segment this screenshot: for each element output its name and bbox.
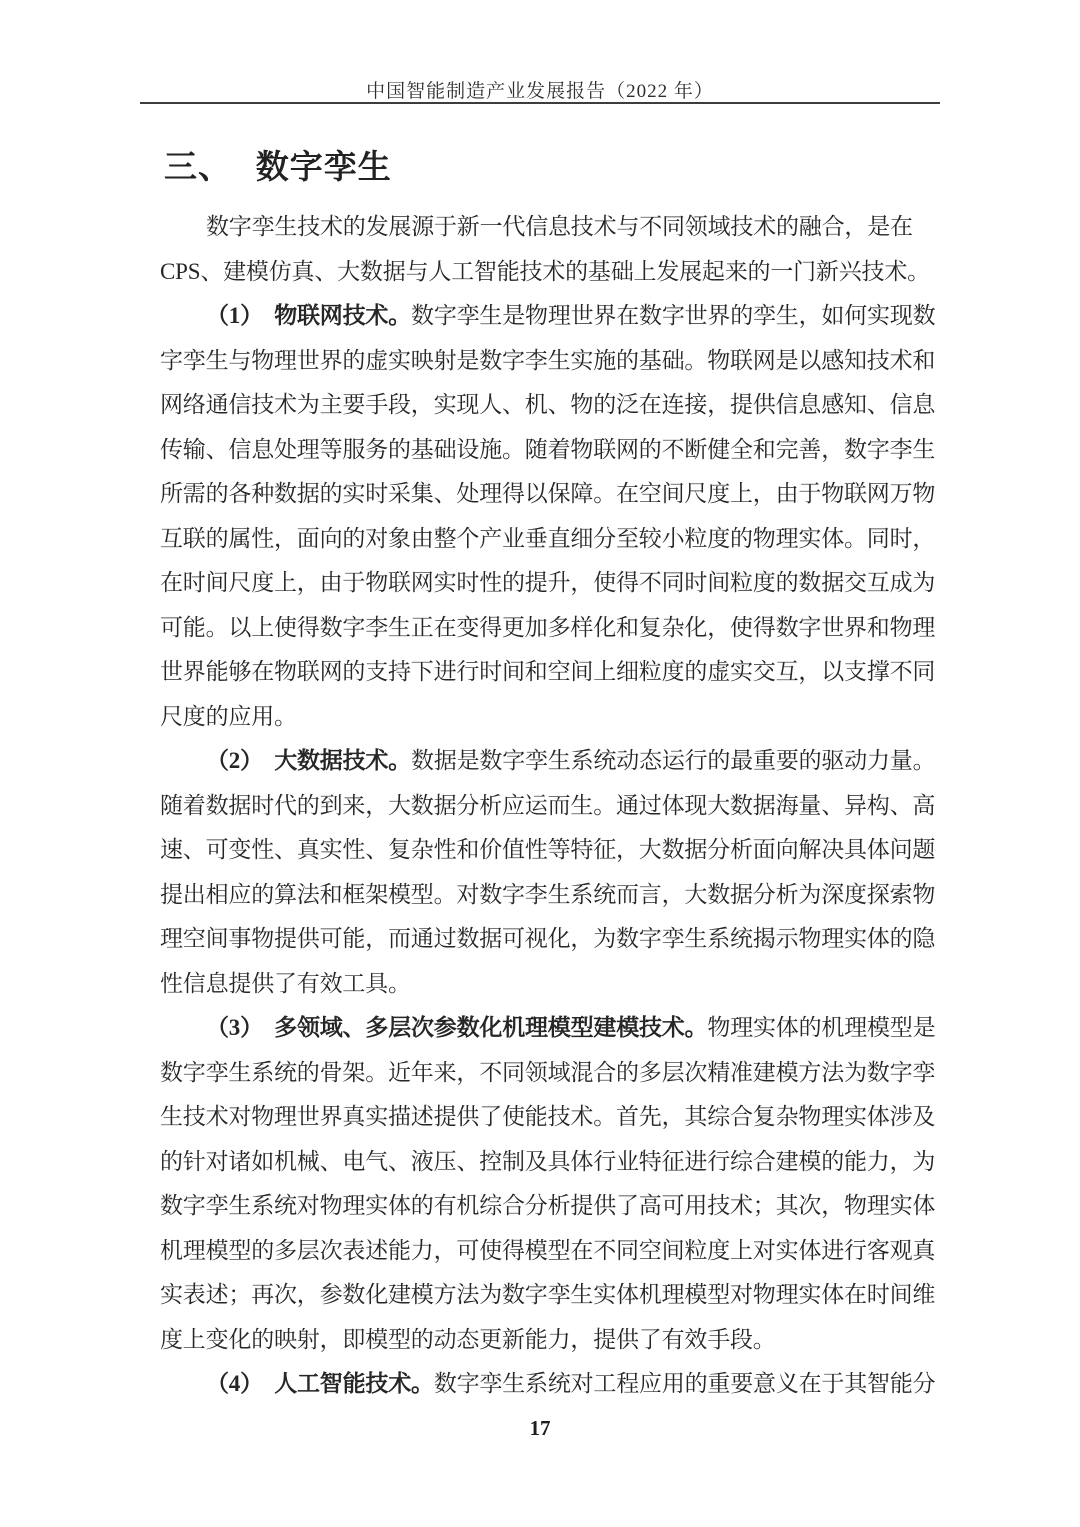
text-line: 性信息提供了有效工具。 — [160, 962, 946, 1007]
text-line: 生技术对物理世界真实描述提供了使能技术。首先，其综合复杂物理实体涉及 — [160, 1095, 946, 1140]
body-text: 数字孪生技术的发展源于新一代信息技术与不同领域技术的融合，是在CPS、建模仿真、… — [160, 205, 946, 1407]
document-page: 中国智能制造产业发展报告（2022 年） 三、数字孪生 数字孪生技术的发展源于新… — [0, 0, 1080, 1527]
text-line: 提出相应的算法和框架模型。对数字李生系统而言，大数据分析为深度探索物 — [160, 873, 946, 918]
text-line: 速、可变性、真实性、复杂性和价值性等特征，大数据分析面向解决具体问题 — [160, 828, 946, 873]
text-line: 可能。以上使得数字李生正在变得更加多样化和复杂化，使得数字世界和物理 — [160, 606, 946, 651]
text-line: 网络通信技术为主要手段，实现人、机、物的泛在连接，提供信息感知、信息 — [160, 383, 946, 428]
text-segment: 数据是数字孪生系统动态运行的最重要的驱动力量。 — [411, 748, 935, 773]
text-line: 所需的各种数据的实时采集、处理得以保障。在空间尺度上，由于物联网万物 — [160, 472, 946, 517]
text-segment: 在时间尺度上，由于物联网实时性的提升，使得不同时间粒度的数据交互成为 — [160, 570, 935, 595]
text-segment: 机理模型的多层次表述能力，可使得模型在不同空间粒度上对实体进行客观真 — [160, 1238, 935, 1263]
text-line: 互联的属性，面向的对象由整个产业垂直细分至较小粒度的物理实体。同时， — [160, 517, 946, 562]
text-line: （2） 大数据技术。数据是数字孪生系统动态运行的最重要的驱动力量。 — [160, 739, 946, 784]
text-line: 字孪生与物理世界的虚实映射是数字李生实施的基础。物联网是以感知技术和 — [160, 339, 946, 384]
text-line: CPS、建模仿真、大数据与人工智能技术的基础上发展起来的一门新兴技术。 — [160, 250, 946, 295]
text-line: 随着数据时代的到来，大数据分析应运而生。通过体现大数据海量、异构、高 — [160, 784, 946, 829]
text-segment: 度上变化的映射，即模型的动态更新能力，提供了有效手段。 — [160, 1327, 776, 1352]
text-line: （3） 多领域、多层次参数化机理模型建模技术。物理实体的机理模型是 — [160, 1006, 946, 1051]
text-segment: 互联的属性，面向的对象由整个产业垂直细分至较小粒度的物理实体。同时， — [160, 526, 935, 551]
paragraph-lead: （3） 多领域、多层次参数化机理模型建模技术。 — [206, 1015, 707, 1040]
text-line: 传输、信息处理等服务的基础设施。随着物联网的不断健全和完善，数字李生 — [160, 428, 946, 473]
running-header-title: 中国智能制造产业发展报告（2022 年） — [0, 76, 1080, 103]
text-segment: 网络通信技术为主要手段，实现人、机、物的泛在连接，提供信息感知、信息 — [160, 392, 935, 417]
text-segment: 数字孪生系统的骨架。近年来，不同领域混合的多层次精准建模方法为数字孪 — [160, 1060, 935, 1085]
text-line: （4） 人工智能技术。数字孪生系统对工程应用的重要意义在于其智能分 — [160, 1362, 946, 1407]
text-segment: 理空间事物提供可能，而通过数据可视化，为数字孪生系统揭示物理实体的隐 — [160, 926, 935, 951]
text-line: 机理模型的多层次表述能力，可使得模型在不同空间粒度上对实体进行客观真 — [160, 1229, 946, 1274]
text-segment: 速、可变性、真实性、复杂性和价值性等特征，大数据分析面向解决具体问题 — [160, 837, 935, 862]
text-segment: 数字孪生技术的发展源于新一代信息技术与不同领域技术的融合，是在 — [206, 214, 913, 239]
text-segment: 随着数据时代的到来，大数据分析应运而生。通过体现大数据海量、异构、高 — [160, 793, 935, 818]
text-segment: 世界能够在物联网的支持下进行时间和空间上细粒度的虚实交互，以支撑不同 — [160, 659, 935, 684]
text-segment: 尺度的应用。 — [160, 704, 297, 729]
text-line: 在时间尺度上，由于物联网实时性的提升，使得不同时间粒度的数据交互成为 — [160, 561, 946, 606]
page-number: 17 — [0, 1416, 1080, 1441]
text-line: 数字孪生系统的骨架。近年来，不同领域混合的多层次精准建模方法为数字孪 — [160, 1051, 946, 1096]
text-segment: 提出相应的算法和框架模型。对数字李生系统而言，大数据分析为深度探索物 — [160, 882, 935, 907]
text-segment: 传输、信息处理等服务的基础设施。随着物联网的不断健全和完善，数字李生 — [160, 437, 935, 462]
paragraph-lead: （2） 大数据技术。 — [206, 748, 411, 773]
text-line: 数字孪生系统对物理实体的有机综合分析提供了高可用技术；其次，物理实体 — [160, 1184, 946, 1229]
text-line: 理空间事物提供可能，而通过数据可视化，为数字孪生系统揭示物理实体的隐 — [160, 917, 946, 962]
section-number: 三、 — [164, 150, 232, 186]
text-segment: 数字孪生系统对物理实体的有机综合分析提供了高可用技术；其次，物理实体 — [160, 1193, 935, 1218]
text-segment: CPS、建模仿真、大数据与人工智能技术的基础上发展起来的一门新兴技术。 — [160, 259, 930, 284]
text-line: 的针对诸如机械、电气、液压、控制及具体行业特征进行综合建模的能力，为 — [160, 1140, 946, 1185]
text-segment: 的针对诸如机械、电气、液压、控制及具体行业特征进行综合建模的能力，为 — [160, 1149, 935, 1174]
paragraph-lead: （1） 物联网技术。 — [206, 303, 411, 328]
text-line: （1） 物联网技术。数字孪生是物理世界在数字世界的孪生，如何实现数 — [160, 294, 946, 339]
section-heading: 三、数字孪生 — [164, 141, 392, 188]
text-segment: 字孪生与物理世界的虚实映射是数字李生实施的基础。物联网是以感知技术和 — [160, 348, 935, 373]
text-line: 度上变化的映射，即模型的动态更新能力，提供了有效手段。 — [160, 1318, 946, 1363]
text-line: 世界能够在物联网的支持下进行时间和空间上细粒度的虚实交互，以支撑不同 — [160, 650, 946, 695]
text-line: 尺度的应用。 — [160, 695, 946, 740]
text-line: 实表述；再次，参数化建模方法为数字孪生实体机理模型对物理实体在时间维 — [160, 1273, 946, 1318]
text-segment: 数字孪生是物理世界在数字世界的孪生，如何实现数 — [411, 303, 935, 328]
text-segment: 可能。以上使得数字李生正在变得更加多样化和复杂化，使得数字世界和物理 — [160, 615, 935, 640]
paragraph-lead: （4） 人工智能技术。 — [206, 1371, 434, 1396]
text-line: 数字孪生技术的发展源于新一代信息技术与不同领域技术的融合，是在 — [160, 205, 946, 250]
header-rule — [140, 102, 940, 104]
text-segment: 实表述；再次，参数化建模方法为数字孪生实体机理模型对物理实体在时间维 — [160, 1282, 935, 1307]
text-segment: 性信息提供了有效工具。 — [160, 971, 411, 996]
text-segment: 数字孪生系统对工程应用的重要意义在于其智能分 — [434, 1371, 936, 1396]
text-segment: 物理实体的机理模型是 — [707, 1015, 935, 1040]
text-segment: 所需的各种数据的实时采集、处理得以保障。在空间尺度上，由于物联网万物 — [160, 481, 935, 506]
section-title: 数字孪生 — [256, 150, 392, 186]
text-segment: 生技术对物理世界真实描述提供了使能技术。首先，其综合复杂物理实体涉及 — [160, 1104, 935, 1129]
